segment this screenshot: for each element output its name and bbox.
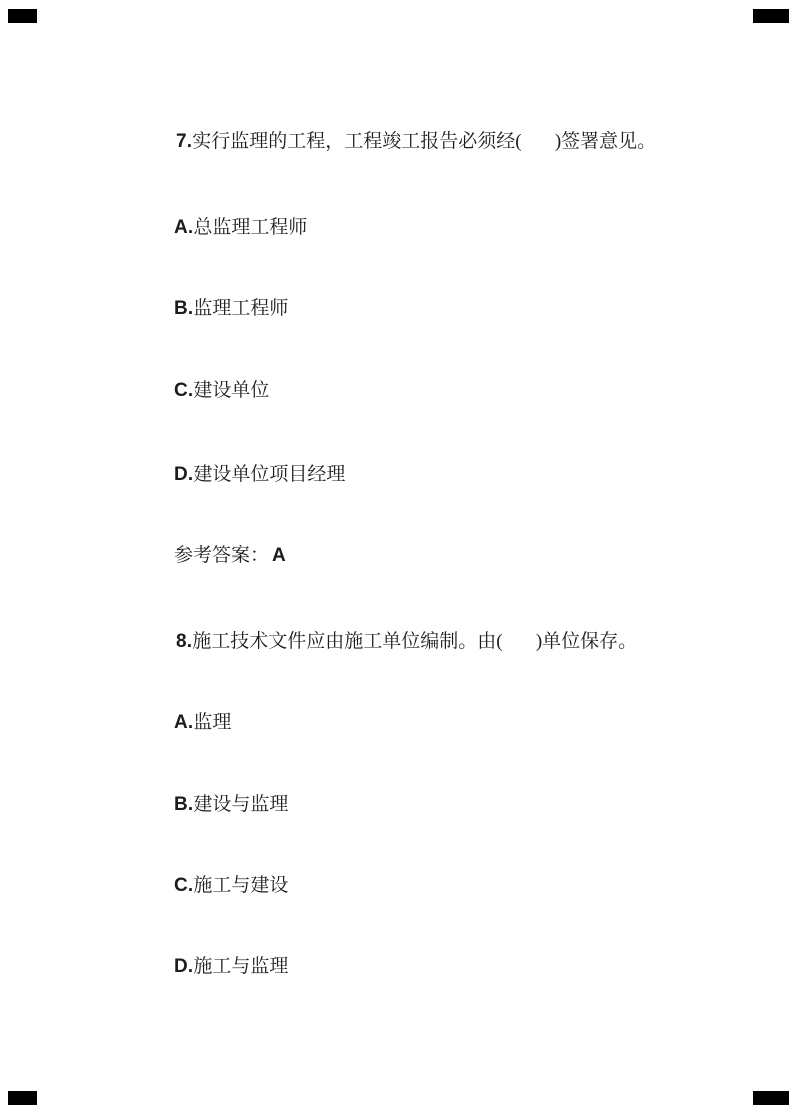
question-7-option-a: A.总监理工程师 — [155, 189, 307, 267]
answer-value: A — [269, 545, 286, 566]
option-c-text: 施工与建设 — [193, 875, 288, 896]
option-d-letter: D. — [174, 464, 193, 485]
option-c-letter: C. — [174, 875, 193, 896]
document-page: 7.实行监理的工程，工程竣工报告必须经( )签署意见。 A.总监理工程师 B.监… — [0, 0, 792, 1120]
question-7-option-d: D.建设单位项目经理 — [155, 436, 345, 514]
option-c-letter: C. — [174, 380, 193, 401]
question-7-text: 7.实行监理的工程，工程竣工报告必须经( )签署意见。 — [157, 103, 656, 181]
option-d-text: 施工与监理 — [193, 956, 288, 977]
option-a-text: 总监理工程师 — [193, 217, 307, 238]
option-c-text: 建设单位 — [193, 380, 269, 401]
option-b-text: 监理工程师 — [193, 298, 288, 319]
question-7-number: 7. — [176, 131, 192, 152]
question-7-option-c: C.建设单位 — [155, 352, 269, 430]
corner-mark-top-right — [753, 9, 789, 23]
option-a-text: 监理 — [193, 712, 231, 733]
question-8-option-c: C.施工与建设 — [155, 847, 288, 925]
option-a-letter: A. — [174, 712, 193, 733]
question-8-body: 施工技术文件应由施工单位编制。由( )单位保存。 — [192, 631, 637, 652]
corner-mark-bottom-right — [753, 1091, 789, 1105]
answer-label: 参考答案： — [174, 545, 269, 566]
question-8-option-a: A.监理 — [155, 684, 231, 762]
option-d-letter: D. — [174, 956, 193, 977]
question-8-option-b: B.建设与监理 — [155, 766, 288, 844]
question-8-option-d: D.施工与监理 — [155, 928, 288, 1006]
question-7-option-b: B.监理工程师 — [155, 270, 288, 348]
question-7-answer: 参考答案：A — [155, 517, 286, 595]
option-d-text: 建设单位项目经理 — [193, 464, 345, 485]
option-b-text: 建设与监理 — [193, 794, 288, 815]
question-7-body: 实行监理的工程，工程竣工报告必须经( )签署意见。 — [192, 131, 656, 152]
corner-mark-top-left — [8, 9, 37, 23]
question-8-text: 8.施工技术文件应由施工单位编制。由( )单位保存。 — [157, 603, 637, 681]
question-8-number: 8. — [176, 631, 192, 652]
option-b-letter: B. — [174, 298, 193, 319]
option-b-letter: B. — [174, 794, 193, 815]
corner-mark-bottom-left — [8, 1091, 37, 1105]
option-a-letter: A. — [174, 217, 193, 238]
